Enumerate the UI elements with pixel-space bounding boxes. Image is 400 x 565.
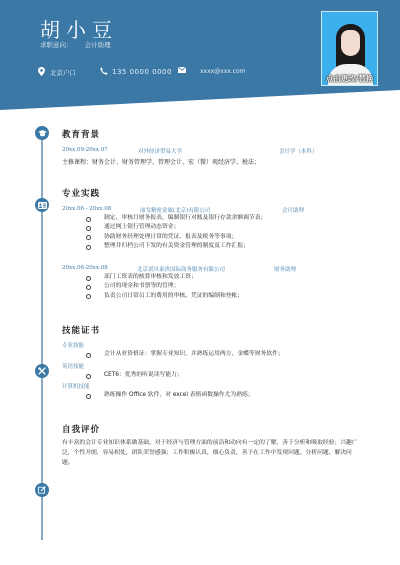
skill-item: CET6：优秀的听说读写能力； [86, 371, 183, 380]
job-2-role: 财务助理 [274, 265, 296, 273]
job-1-duties: 制定、审核月财务报表，编制银行对账及银行存款余额调节表； 通过网上银行管理动态资… [86, 214, 266, 251]
email-text: xxxx@xxx.com [200, 68, 246, 75]
change-photo-caption[interactable]: 点击更改/替换 [322, 73, 377, 84]
timeline-line [41, 133, 43, 540]
skill-group-items: 熟练操作 Office 软件，对 excel 表格函数操作尤为熟练； [86, 391, 254, 400]
skill-item: 会计从业资格证：掌握专业知识，并熟练运用两方、金蝶等财务软件； [86, 350, 284, 359]
location-pin-icon [38, 67, 45, 78]
education-major: 会计学（本科） [279, 147, 318, 155]
section-title-skills: 技能证书 [62, 324, 100, 336]
phone-text: 135 0000 0000 [112, 68, 172, 76]
profile-photo[interactable]: 点击更改/替换 [321, 11, 378, 86]
education-period: 20xx.09-20xx.07 [62, 147, 108, 153]
job-intention-value: 会计助理 [85, 41, 111, 49]
job-2-company: 北京诺贝泰贵国际商务服务有限公司 [137, 265, 225, 273]
duty-item: 部门工资表的核算审核和发放工资； [86, 273, 243, 282]
graduation-cap-icon [35, 126, 49, 140]
tools-icon [35, 364, 49, 378]
contact-phone: 135 0000 0000 [100, 67, 172, 77]
edit-icon [35, 483, 49, 497]
skill-group-label: 专业技能 [62, 341, 84, 349]
job-intention-label: 求职意向： [40, 41, 73, 49]
phone-icon [100, 67, 108, 77]
job-2-period: 20xx.06-20xx.08 [62, 265, 108, 271]
envelope-icon [178, 67, 186, 75]
contact-email: xxxx@xxx.com [178, 67, 246, 75]
duty-item: 协助财务经理处理日常的凭证、报表及税务等事项； [86, 233, 266, 242]
job-intention: 求职意向： 会计助理 [40, 40, 111, 49]
job-1-company: 丽戈精密金属(北京)有限公司 [140, 206, 210, 214]
address-text: 北京户口 [50, 68, 76, 77]
job-2-duties: 部门工资表的核算审核和发放工资； 公司的现金和书票等的管理； 负责公司日常员工的… [86, 273, 243, 301]
education-school: 对外经济贸易大学 [138, 147, 182, 155]
skill-group-label: 英语技能 [62, 362, 84, 370]
candidate-name: 胡小豆 [40, 14, 118, 43]
contact-address: 北京户口 [38, 67, 76, 78]
education-courses: 主修课程：财务会计、财务管理学、管理会计、宏（微）观经济学、税法； [62, 157, 260, 166]
section-title-education: 教育背景 [62, 128, 100, 140]
duty-item: 整理并归档公司下发的有关资金管理的制度及工作汇报； [86, 242, 266, 251]
duty-item: 负责公司日常员工的费用的审核、凭证的编制和登帐； [86, 292, 243, 301]
skill-group-label: 计算机技能 [62, 382, 90, 390]
photo-face [341, 30, 360, 56]
duty-item: 公司的现金和书票等的管理； [86, 282, 243, 291]
job-1-role: 会计助理 [282, 206, 304, 214]
job-1-period: 20xx.06 - 20xx.08 [62, 206, 111, 212]
self-eval-text: 有丰富的会计专业知识体系做基础，对于经济与管理方面的前沿和动向有一定的了解，善于… [62, 438, 362, 468]
section-title-practice: 专业实践 [62, 187, 100, 199]
skill-group-items: 会计从业资格证：掌握专业知识，并熟练运用两方、金蝶等财务软件； [86, 350, 284, 359]
duty-item: 制定、审核月财务报表，编制银行对账及银行存款余额调节表； [86, 214, 266, 223]
skill-group-items: CET6：优秀的听说读写能力； [86, 371, 183, 380]
skill-item: 熟练操作 Office 软件，对 excel 表格函数操作尤为熟练； [86, 391, 254, 400]
duty-item: 通过网上银行管理动态资金； [86, 223, 266, 232]
id-card-icon [35, 198, 49, 212]
section-title-self-eval: 自我评价 [62, 423, 100, 435]
